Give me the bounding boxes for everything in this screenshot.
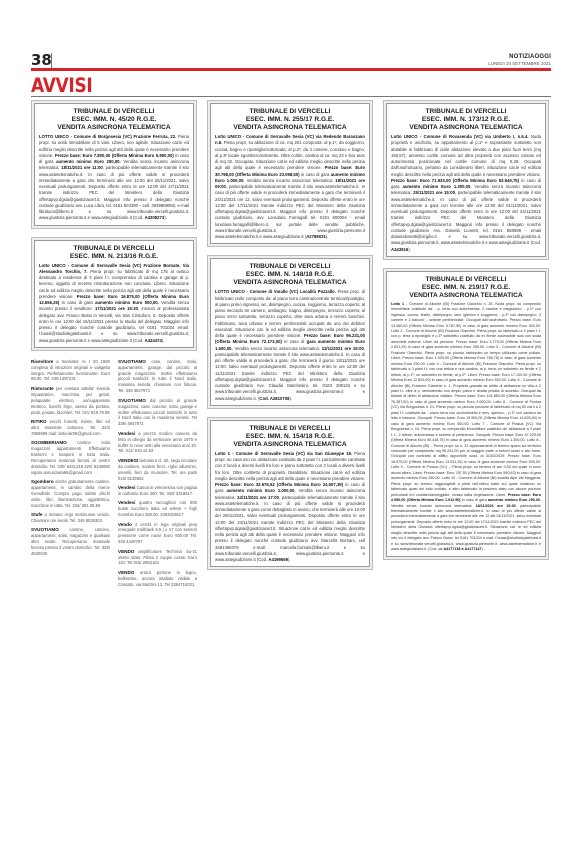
classified-item: SGOMBERIAMO cantine solai magazzini appa… [31, 440, 110, 475]
notice-type: VENDITA ASINCRONA TELEMATICA [391, 292, 541, 300]
section-title: AVVISI [31, 76, 92, 97]
notice-body: Lotto 1 - Comune di Ailoche (BI) Frazion… [391, 302, 541, 553]
notice-text: , partecipabile telematicamente tramite … [215, 346, 365, 401]
notice-text: in caso di [282, 339, 307, 344]
classifieds-left: Ricevitore a transistor AI r 20 1960 com… [31, 359, 110, 591]
notice-154-18: TRIBUNALE DI VERCELLI ESEC. IMM. N. 154/… [207, 417, 373, 571]
notice-text: , partecipabile telematicamente tramite … [39, 165, 189, 220]
notice-code: A2786031 [306, 234, 326, 239]
notice-code: Cod. A2810708 [259, 396, 289, 401]
notice-text: in caso di gara [300, 172, 331, 177]
classified-item: Vendo 4 cerchi in lega originali jeep re… [118, 522, 197, 546]
notice-sale-date: 24/11/2021 ore 17:00 [237, 495, 279, 500]
notice-increment: aumento minimo Euro 250,00. [488, 498, 541, 502]
notice-lead: LOTTO UNICO - Comune di Varallo (VC) Loc… [215, 289, 336, 294]
notice-case: ESEC. IMM. N. 154/18 R.G.E. [215, 433, 365, 441]
masthead: NOTIZIAOGGI LUNEDI 20 SETTEMBRE 2021 [488, 54, 551, 67]
notice-text: ). [408, 247, 411, 252]
column-3: TRIBUNALE DI VERCELLI ESEC. IMM. N. 173/… [383, 100, 549, 568]
notice-sale-date: 25/11/2021 ore 15:00 [413, 190, 455, 195]
classified-keyword: Ristorante [31, 386, 54, 391]
classified-keyword: Vendesi [118, 431, 135, 436]
notice-sale-date: 12/11/2021 ore 15:00 [322, 346, 364, 351]
notice-219-17: TRIBUNALE DI VERCELLI ESEC. IMM. N. 219/… [383, 268, 549, 560]
notice-code: A424474 [145, 338, 162, 343]
notice-text: , partecipabile telematicamente tramite … [391, 190, 541, 245]
classified-item: RITIRO vecchi fumetti, riviste, libri ed… [31, 419, 110, 437]
notice-type: VENDITA ASINCRONA TELEMATICA [215, 124, 365, 132]
notice-text: Vendita senza incanto asincrona telemati… [245, 178, 336, 183]
notice-increment: aumento minimo Euro 250,00. [56, 159, 121, 164]
notice-lead: Lotto UNICO - Comune di Rovasenda (VC) v… [391, 134, 529, 139]
notice-code: A243916 [391, 247, 408, 252]
classified-keyword: VENDESI [118, 458, 138, 463]
notice-case: ESEC. IMM. N. 213/16 R.G.E. [39, 253, 189, 261]
notice-price: Prezzo base: Euro 71.933,00 (Offerta Min… [391, 178, 519, 183]
notice-type: VENDITA ASINCRONA TELEMATICA [391, 124, 541, 132]
notice-text: ). [481, 547, 483, 551]
classified-keyword: SGOMBERIAMO [31, 440, 67, 445]
notice-type: VENDITA ASINCRONA TELEMATICA [215, 441, 365, 449]
notice-text: Vendita senza incanto asincrona telemati… [233, 346, 322, 351]
classified-item: Vendesi Canoa in vetroresina con pagaia … [118, 485, 197, 497]
notice-court: TRIBUNALE DI VERCELLI [391, 276, 541, 284]
issue-date: LUNEDI 20 SETTEMBRE 2021 [488, 61, 551, 67]
classified-keyword: SVUOTIAMO [31, 527, 59, 532]
classified-keyword: Vendesi [118, 485, 135, 490]
classified-item: VENDO antico portone in legno, bellissim… [118, 570, 197, 588]
notice-code: A4177138 a A4177147 [443, 547, 481, 551]
column-1: TRIBUNALE DI VERCELLI ESEC. IMM. N. 45/2… [31, 100, 197, 591]
notice-text: ). [326, 234, 329, 239]
notice-court: TRIBUNALE DI VERCELLI [39, 108, 189, 116]
notice-case: ESEC. IMM. N. 173/12 R.G.E. [391, 116, 541, 124]
classified-keyword: RITIRO [31, 419, 47, 424]
column-2: TRIBUNALE DI VERCELLI ESEC. IMM. N. 255/… [207, 100, 373, 578]
notice-text: , partecipabile telematicamente tramite … [215, 184, 365, 239]
notice-body: Lotto UNICO - Comune di Serravalle Sesia… [215, 134, 365, 240]
notice-text: , innanzi al professionista delegato avv… [39, 306, 189, 342]
notice-sale-date: 18/11/2021 ore 15:30 [476, 504, 516, 508]
notice-type: VENDITA ASINCRONA TELEMATICA [215, 279, 365, 287]
page-number: 38 [31, 52, 52, 68]
section-rule [31, 96, 551, 97]
notice-price: Prezzo base: Euro 32.676,52 (Offerta Min… [215, 482, 343, 487]
notice-court: TRIBUNALE DI VERCELLI [391, 108, 541, 116]
notice-increment: aumento minimo Euro 1.000,00. [226, 488, 295, 493]
notice-text: Piena prop. di fabbricato civile compost… [215, 289, 365, 338]
classified-item: Vendesi quattro raccoglitori con 800 bus… [118, 500, 197, 518]
classified-keyword: Sgombero [31, 479, 54, 484]
classified-item: Ricevitore a transistor AI r 20 1960 com… [31, 359, 110, 383]
notice-45-20: TRIBUNALE DI VERCELLI ESEC. IMM. N. 45/2… [31, 100, 197, 229]
notice-lead: LOTTO UNICO - Comune di Borgosesia (VC) … [39, 134, 176, 139]
notice-court: TRIBUNALE DI VERCELLI [39, 245, 189, 253]
notice-text: in caso di gara [461, 498, 488, 502]
classified-keyword: Vendo [118, 522, 132, 527]
classified-item: SVUOTIAMO dal piccolo al grande magazzin… [118, 398, 197, 428]
classified-item: Stufe a metano Argo seminuove vendo. Chi… [31, 512, 110, 524]
notice-213-16: TRIBUNALE DI VERCELLI ESEC. IMM. N. 213/… [31, 237, 197, 351]
notice-173-12: TRIBUNALE DI VERCELLI ESEC. IMM. N. 173/… [383, 100, 549, 260]
notice-148-18: TRIBUNALE DI VERCELLI ESEC. IMM. N. 148/… [207, 255, 373, 409]
notice-text: Vendita senza incanto asincrona telemati… [391, 504, 476, 508]
notice-text: ). [288, 557, 291, 562]
classified-item: SVUOTIAMO case, cantine, solai, appartam… [118, 359, 197, 394]
classified-item: SVUOTIAMO cantine, cascine, appartamenti… [31, 527, 110, 557]
classified-keyword: Vendesi [118, 500, 135, 505]
notice-text: in caso di gara [59, 300, 95, 305]
classified-keyword: Ricevitore [31, 359, 53, 364]
notice-body: LOTTO UNICO - Comune di Borgosesia (VC) … [39, 134, 189, 222]
classified-text: cantine solai magazzini appartamenti. Ef… [31, 440, 110, 475]
notice-code: A4199659 [268, 557, 288, 562]
notice-court: TRIBUNALE DI VERCELLI [215, 108, 365, 116]
notice-case: ESEC. IMM. N. 255/17 R.G.E. [215, 116, 365, 124]
classified-keyword: VENDO [118, 549, 134, 554]
notice-text: ). [162, 338, 165, 343]
masthead-name: NOTIZIAOGGI [488, 54, 551, 61]
notice-court: TRIBUNALE DI VERCELLI [215, 263, 365, 271]
classifieds-right: SVUOTIAMO case, cantine, solai, appartam… [118, 359, 197, 591]
notice-body: Lotto UNICO - Comune di Rovasenda (VC) v… [391, 134, 541, 253]
notice-text: , partecipabile telematicamente tramite … [391, 504, 541, 552]
notice-case: ESEC. IMM. N. 219/17 R.G.E. [391, 284, 541, 292]
page-number-divider [51, 53, 52, 68]
notice-lead: Lotto 1 [391, 302, 404, 306]
classified-item: Vendesi a prezzo modico camera da letto … [118, 431, 197, 455]
notice-sale-date: 17/11/2021 ore 15:30 [95, 306, 138, 311]
classified-keyword: VENDO [118, 570, 134, 575]
notice-code: A4208273 [145, 215, 165, 220]
classified-text: case, cantine, solai, appartamenti, gara… [118, 359, 197, 394]
notice-body: Lotto UNICO - Comune di Serravalle Sesia… [39, 263, 189, 344]
notice-case: ESEC. IMM. N. 148/18 R.G.E. [215, 271, 365, 279]
notice-text: ). [290, 396, 293, 401]
classifieds: Ricevitore a transistor AI r 20 1960 com… [31, 359, 197, 591]
notice-text: , partecipabile telematicamente tramite … [215, 495, 365, 563]
notice-increment: aumento minimo Euro 1.300,00. [402, 184, 471, 189]
notice-text: ). [164, 215, 167, 220]
classified-keyword: Stufe [31, 512, 42, 517]
notice-increment: aumento minimo Euro 500,00. [95, 300, 159, 305]
classified-text: a metano Argo seminuove vendo. Chiamare … [31, 512, 110, 523]
classified-item: Sgombero anche gratuitamente cantine, ap… [31, 479, 110, 509]
notice-text: Nuda proprietà e usufrutto, su appartame… [391, 134, 541, 177]
header-red-rule [31, 68, 551, 71]
classified-item: VENDESI betoniera cl. 30, sega circolare… [118, 458, 197, 482]
notice-price: Prezzo base: Euro 7.800,00 (Offerta Mini… [55, 153, 174, 158]
classified-keyword: SVUOTIAMO [118, 398, 146, 403]
classified-item: Ristorante per cessata attivita' svende … [31, 386, 110, 416]
classified-item: VENDO amplificatore Technics Su-z1 ottim… [118, 549, 197, 567]
notice-lead: Lotto 1 - Comune di Serravalle Sesia (VC… [215, 451, 352, 456]
notice-case: ESEC. IMM. N. 45/20 R.G.E. [39, 116, 189, 124]
notice-sale-date: 18/11/2021 ore 11:00 [61, 165, 103, 170]
notice-body: Lotto 1 - Comune di Serravalle Sesia (VC… [215, 451, 365, 564]
notice-body: LOTTO UNICO - Comune di Varallo (VC) Loc… [215, 289, 365, 402]
notice-text: - Comune di Ailoche (BI) Frazione Gianch… [391, 302, 541, 497]
notice-court: TRIBUNALE DI VERCELLI [215, 425, 365, 433]
notice-255-17: TRIBUNALE DI VERCELLI ESEC. IMM. N. 255/… [207, 100, 373, 247]
classified-keyword: SVUOTIAMO [118, 359, 146, 364]
notice-type: VENDITA ASINCRONA TELEMATICA [39, 124, 189, 132]
